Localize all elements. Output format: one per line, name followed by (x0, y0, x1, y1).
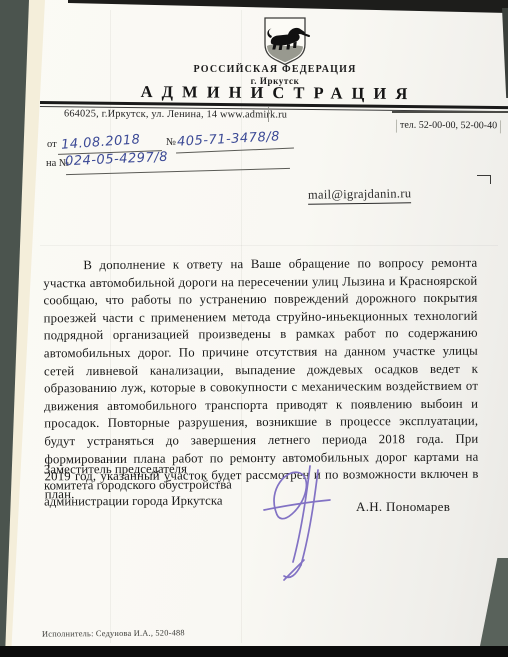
signer-position-line1: Заместитель председателя (44, 462, 232, 479)
executor-note: Исполнитель: Седунова И.А., 520-488 (42, 628, 185, 638)
handwritten-date: 14.08.2018 (61, 132, 141, 153)
scanned-letter: РОССИЙСКАЯ ФЕДЕРАЦИЯ г. Иркутск АДМИНИСТ… (0, 0, 508, 657)
signer-position: Заместитель председателя комитета городс… (44, 462, 232, 510)
signer-name: А.Н. Пономарев (356, 499, 450, 515)
scanner-corner-bottom-right (480, 558, 508, 646)
header-separator (268, 107, 269, 122)
handwritten-outgoing-number: 405-71-3478/8 (177, 129, 281, 149)
ref-reply-underline (66, 168, 290, 175)
handwritten-signature (260, 460, 356, 582)
scanner-edge-bottom (0, 646, 508, 657)
header-phone: тел. 52-00-00, 52-00-40 (396, 120, 501, 134)
header-address: 664025, г.Иркутск, ул. Ленина, 14 www.ad… (64, 108, 287, 120)
signer-position-line2: комитета городского обустройства (44, 477, 232, 494)
ref-number-label: № (166, 137, 176, 148)
recipient-email: mail@igrajdanin.ru (308, 186, 412, 204)
phone-box-rule (392, 111, 508, 113)
coat-of-arms-icon (258, 15, 312, 65)
header-country: РОССИЙСКАЯ ФЕДЕРАЦИЯ (40, 64, 508, 75)
corner-mark (477, 175, 491, 184)
scanner-edge-top (0, 0, 508, 15)
ref-from-label: от (47, 139, 57, 150)
signer-position-line3: администрации города Иркутска (44, 493, 232, 510)
scanner-edge-left (0, 0, 32, 657)
handwritten-incoming-number: 024-05-4297/8 (65, 150, 169, 169)
paper-crease (40, 245, 498, 246)
